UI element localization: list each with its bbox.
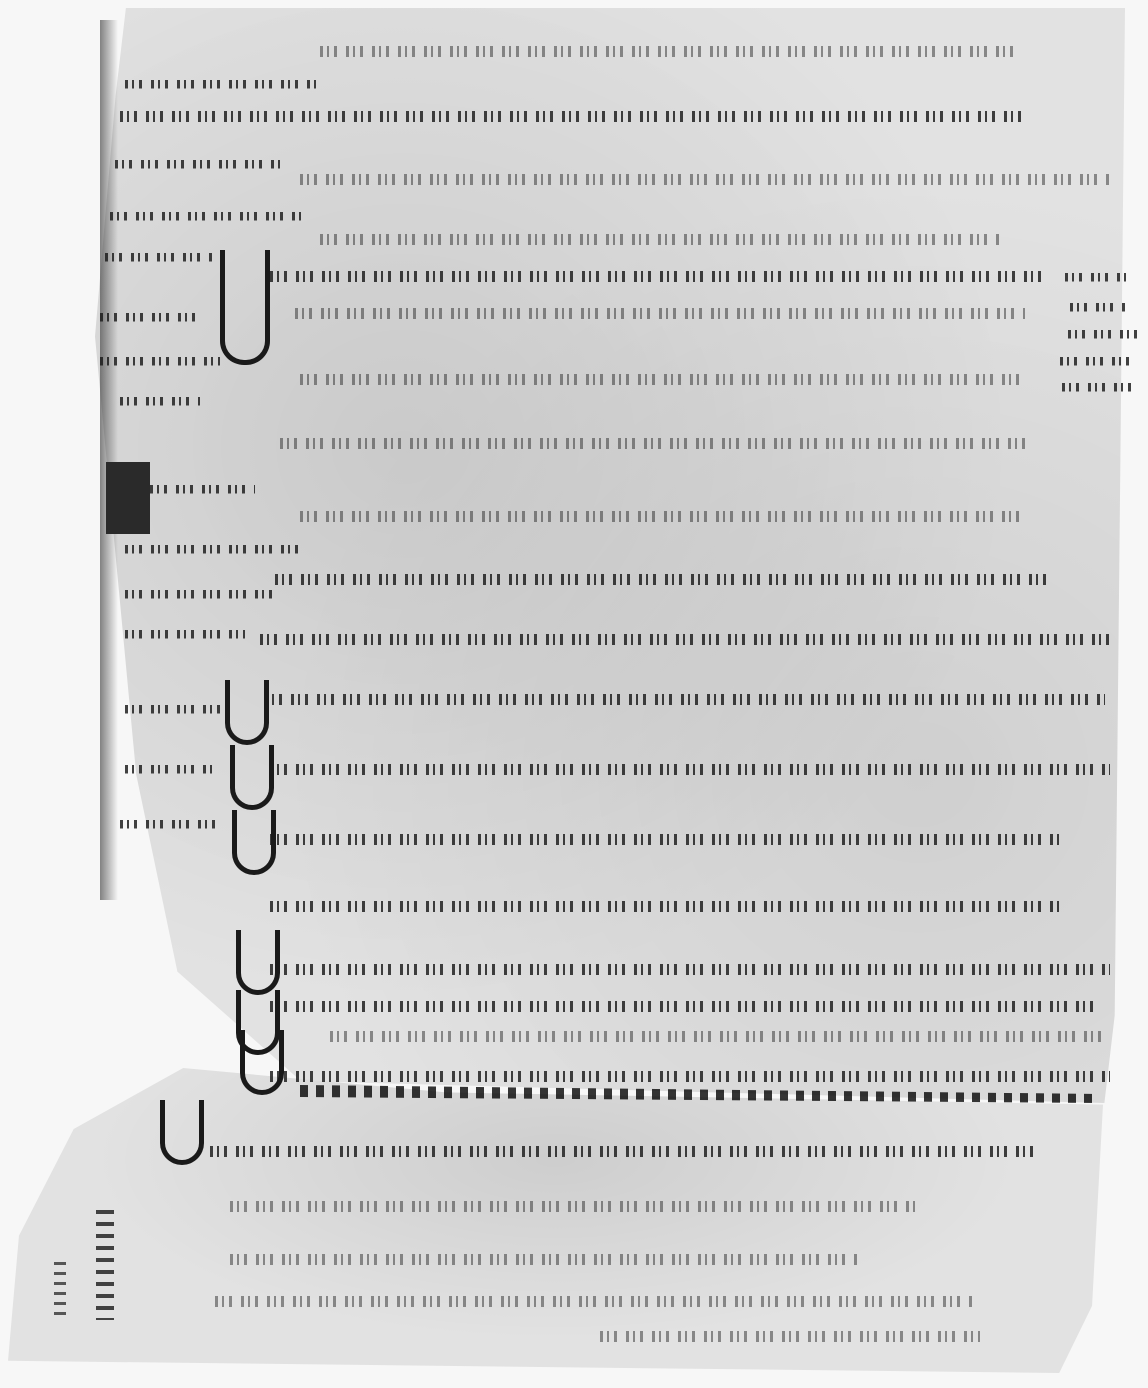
- vertical-margin-notation: [96, 1210, 114, 1320]
- margin-note-line: [125, 540, 305, 556]
- margin-note-line: [150, 480, 255, 496]
- margin-note-line: [120, 392, 200, 408]
- margin-note-line: [125, 75, 320, 91]
- text-line: [270, 995, 1100, 1015]
- text-line: [270, 895, 1060, 915]
- text-line: [270, 758, 1110, 778]
- text-line: [320, 228, 1000, 248]
- margin-note-line: [1060, 352, 1135, 368]
- binding-edge-shadow: [100, 20, 118, 900]
- margin-note-line: [115, 155, 280, 171]
- text-line: [600, 1325, 980, 1345]
- margin-note-line: [125, 625, 245, 641]
- text-line: [270, 958, 1110, 978]
- text-line: [265, 688, 1105, 708]
- rubric-line: [270, 265, 1050, 285]
- text-line: [330, 1025, 1110, 1045]
- margin-note-line: [105, 248, 215, 264]
- text-line: [230, 1248, 860, 1268]
- margin-note-line: [125, 700, 225, 716]
- text-line: [230, 1195, 920, 1215]
- text-line: [270, 828, 1060, 848]
- text-line: [210, 1140, 1040, 1160]
- text-line: [320, 40, 1020, 60]
- margin-note-line: [1070, 298, 1125, 314]
- enlarged-initial: [230, 745, 274, 810]
- vertical-margin-notation: [54, 1262, 66, 1322]
- margin-note-line: [1065, 268, 1130, 284]
- margin-note-line: [110, 207, 305, 223]
- text-line: [295, 302, 1025, 322]
- margin-note-line: [100, 352, 220, 368]
- text-line: [300, 368, 1020, 388]
- text-line: [275, 568, 1050, 588]
- text-line: [260, 628, 1110, 648]
- enlarged-initial: [220, 250, 270, 365]
- enlarged-initial: [236, 930, 280, 995]
- enlarged-initial: [240, 1030, 284, 1095]
- margin-note-line: [120, 815, 220, 831]
- margin-note-line: [125, 585, 275, 601]
- margin-note-line: [1062, 378, 1132, 394]
- margin-note-line: [1068, 325, 1138, 341]
- text-line: [215, 1290, 975, 1310]
- margin-note-line: [100, 308, 200, 324]
- binding-tab-stub: [106, 462, 150, 534]
- enlarged-initial: [160, 1100, 204, 1165]
- enlarged-initial: [232, 810, 276, 875]
- manuscript-photograph: [0, 0, 1148, 1388]
- enlarged-initial: [225, 680, 269, 745]
- text-line: [300, 505, 1025, 525]
- text-line: [300, 168, 1110, 188]
- text-line: [120, 105, 1030, 125]
- text-line: [270, 1065, 1110, 1085]
- margin-note-line: [125, 760, 215, 776]
- text-line: [280, 432, 1025, 452]
